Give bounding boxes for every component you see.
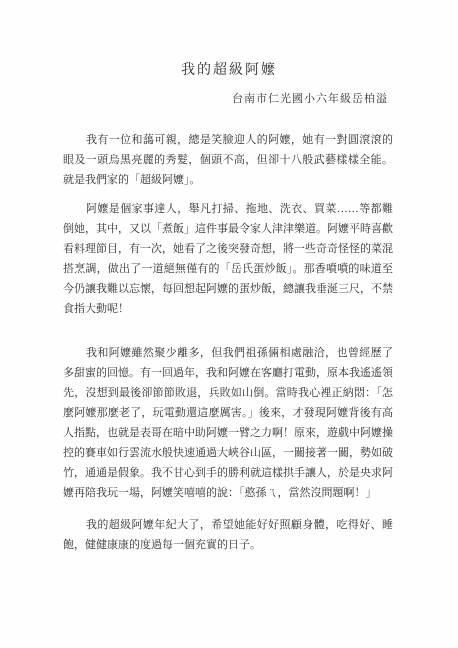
text-line: 麼阿嬤那麼老了，玩電動還這麼厲害。」後來，才發現阿嬤背後有高 [63, 403, 393, 423]
text-line: 我有一位和藹可親，總是笑臉迎人的阿嬤，她有一對圓滾滾的大 [63, 130, 393, 150]
document-page: 我的超級阿嬤 台南市仁光國小六年級岳柏溢 我有一位和藹可親，總是笑臉迎人的阿嬤，… [0, 0, 458, 648]
paragraph: 我的超級阿嬤年紀大了，希望她能好好照顧身體，吃得好、睡得飽，健健康康的度過每一個… [63, 515, 393, 555]
paragraph: 我有一位和藹可親，總是笑臉迎人的阿嬤，她有一對圓滾滾的大眼及一頭烏黑亮麗的秀髮，… [63, 130, 393, 190]
text-line: 看料理節目，有一次，她看了之後突發奇想，將一些奇奇怪怪的菜混 [63, 239, 393, 259]
text-line: 今仍讓我難以忘懷，每回想起阿嬤的蛋炒飯，總讓我垂涎三尺，不禁 [63, 279, 393, 299]
text-line: 飽，健健康康的度過每一個充實的日子。 [63, 535, 393, 555]
text-line: 眼及一頭烏黑亮麗的秀髮，個頭不高，但卻十八般武藝樣樣全能。她， [63, 150, 393, 170]
essay-body: 我有一位和藹可親，總是笑臉迎人的阿嬤，她有一對圓滾滾的大眼及一頭烏黑亮麗的秀髮，… [63, 130, 393, 555]
text-line: 人指點，也就是表哥在暗中助阿嬤一臂之力啊！原來，遊戲中阿嬤操 [63, 423, 393, 443]
paragraph: 我和阿嬤雖然聚少離多，但我們祖孫倆相處融洽，也曾經歷了許多甜蜜的回憶。有一回過年… [63, 343, 393, 503]
essay-byline: 台南市仁光國小六年級岳柏溢 [0, 90, 458, 106]
text-line: 就是我們家的「超級阿嬤」。 [63, 170, 393, 190]
text-line: 倒她，其中，又以「煮飯」這件事最令家人津津樂道。阿嬤平時喜歡 [63, 219, 393, 239]
text-line: 食指大動呢！ [63, 299, 393, 319]
text-line: 嬤再陪我玩一場，阿嬤笑嘻嘻的說：「憨孫ㄟ，當然沒問題啊！」 [63, 483, 393, 503]
text-line: 先，沒想到最後卻節節敗退，兵敗如山倒。當時我心裡正納悶：「怎 [63, 383, 393, 403]
text-line: 我的超級阿嬤年紀大了，希望她能好好照顧身體，吃得好、睡得 [63, 515, 393, 535]
text-line: 搭烹調，做出了一道絕無僅有的「岳氏蛋炒飯」。那香噴噴的味道至 [63, 259, 393, 279]
paragraph: 阿嬤是個家事達人，舉凡打掃、拖地、洗衣、買菜……等都難不倒她，其中，又以「煮飯」… [63, 199, 393, 319]
text-line: 我和阿嬤雖然聚少離多，但我們祖孫倆相處融洽，也曾經歷了許 [63, 343, 393, 363]
text-line: 多甜蜜的回憶。有一回過年，我和阿嬤在客廳打電動，原本我遙遙領 [63, 363, 393, 383]
essay-title: 我的超級阿嬤 [0, 0, 458, 79]
text-line: 控的賽車如行雲流水般快速通過大峽谷山區，一關接著一關，勢如破 [63, 443, 393, 463]
text-line: 阿嬤是個家事達人，舉凡打掃、拖地、洗衣、買菜……等都難不 [63, 199, 393, 219]
text-line: 竹，通通是假象。我不甘心到手的勝利就這樣拱手讓人，於是央求阿 [63, 463, 393, 483]
